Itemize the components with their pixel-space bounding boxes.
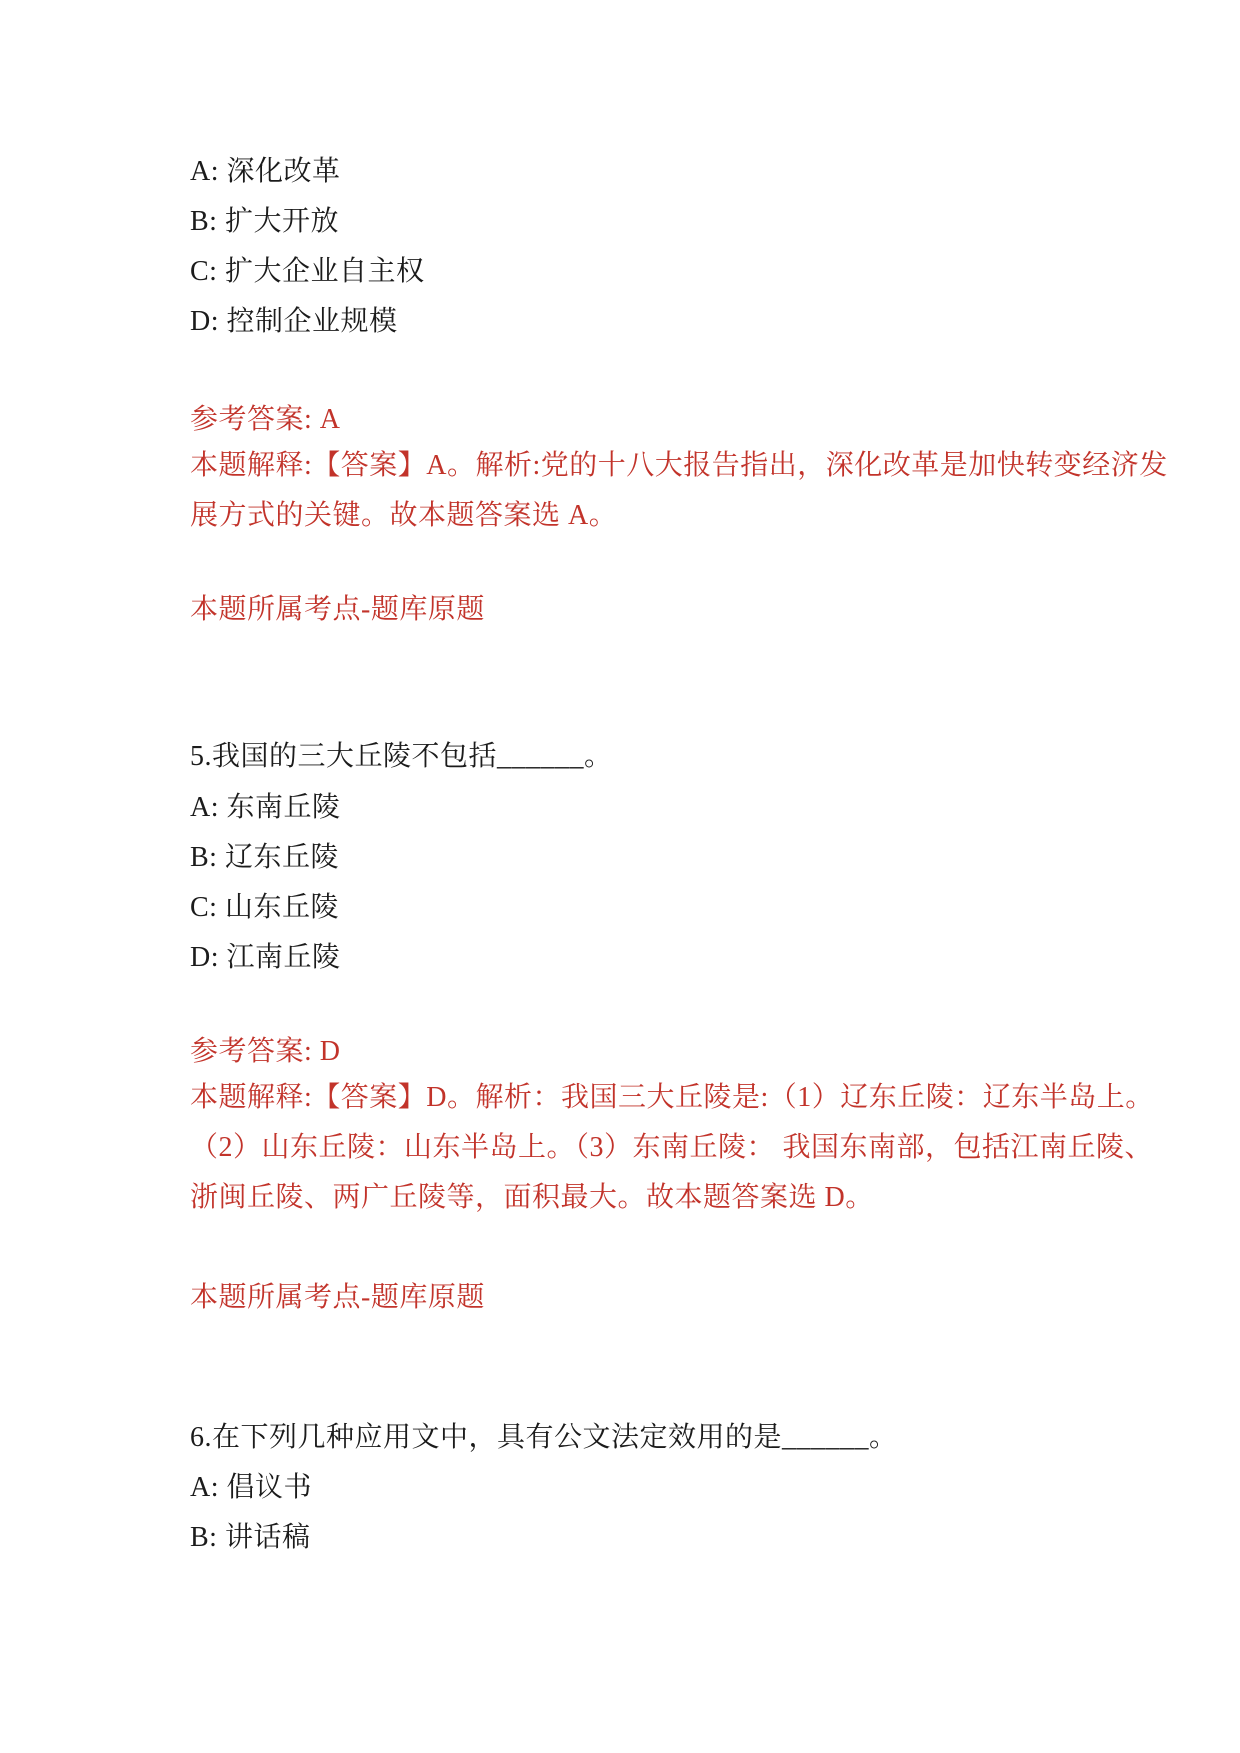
question-5-options: A: 东南丘陵 B: 辽东丘陵 C: 山东丘陵 D: 江南丘陵 [190,783,341,983]
question-6-option-b: B: 讲话稿 [190,1513,312,1563]
question-4-option-a: A: 深化改革 [190,147,424,197]
question-5-explanation-line-2: （2）山东丘陵：山东半岛上。（3）东南丘陵： 我国东南部，包括江南丘陵、 [190,1123,1154,1173]
question-5-option-c: C: 山东丘陵 [190,883,341,933]
question-5-stem: 5.我国的三大丘陵不包括______。 [190,732,613,782]
question-5-option-b: B: 辽东丘陵 [190,833,341,883]
question-6-option-a: A: 倡议书 [190,1463,312,1513]
question-5-answer: 参考答案: D [190,1027,341,1077]
question-5-explanation: 本题解释:【答案】D。解析：我国三大丘陵是:（1）辽东丘陵：辽东半岛上。 （2）… [190,1073,1154,1223]
question-5-explanation-line-1: 本题解释:【答案】D。解析：我国三大丘陵是:（1）辽东丘陵：辽东半岛上。 [190,1073,1154,1123]
question-4-options: A: 深化改革 B: 扩大开放 C: 扩大企业自主权 D: 控制企业规模 [190,147,424,347]
question-5-topic-note: 本题所属考点-题库原题 [190,1273,485,1323]
question-4-option-b: B: 扩大开放 [190,197,424,247]
question-4-explanation: 本题解释:【答案】A。解析:党的十八大报告指出，深化改革是加快转变经济发 展方式… [190,441,1168,541]
question-5-option-a: A: 东南丘陵 [190,783,341,833]
question-4-answer: 参考答案: A [190,395,341,445]
question-4-explanation-line-1: 本题解释:【答案】A。解析:党的十八大报告指出，深化改革是加快转变经济发 [190,441,1168,491]
question-4-topic-note: 本题所属考点-题库原题 [190,585,485,635]
question-6-stem: 6.在下列几种应用文中，具有公文法定效用的是______。 [190,1413,898,1463]
question-4-option-d: D: 控制企业规模 [190,297,424,347]
question-5-explanation-line-3: 浙闽丘陵、两广丘陵等，面积最大。故本题答案选 D。 [190,1173,1154,1223]
question-6-options: A: 倡议书 B: 讲话稿 [190,1463,312,1563]
document-page: A: 深化改革 B: 扩大开放 C: 扩大企业自主权 D: 控制企业规模 参考答… [0,0,1240,1753]
question-4-option-c: C: 扩大企业自主权 [190,247,424,297]
question-4-explanation-line-2: 展方式的关键。故本题答案选 A。 [190,491,1168,541]
question-5-option-d: D: 江南丘陵 [190,933,341,983]
